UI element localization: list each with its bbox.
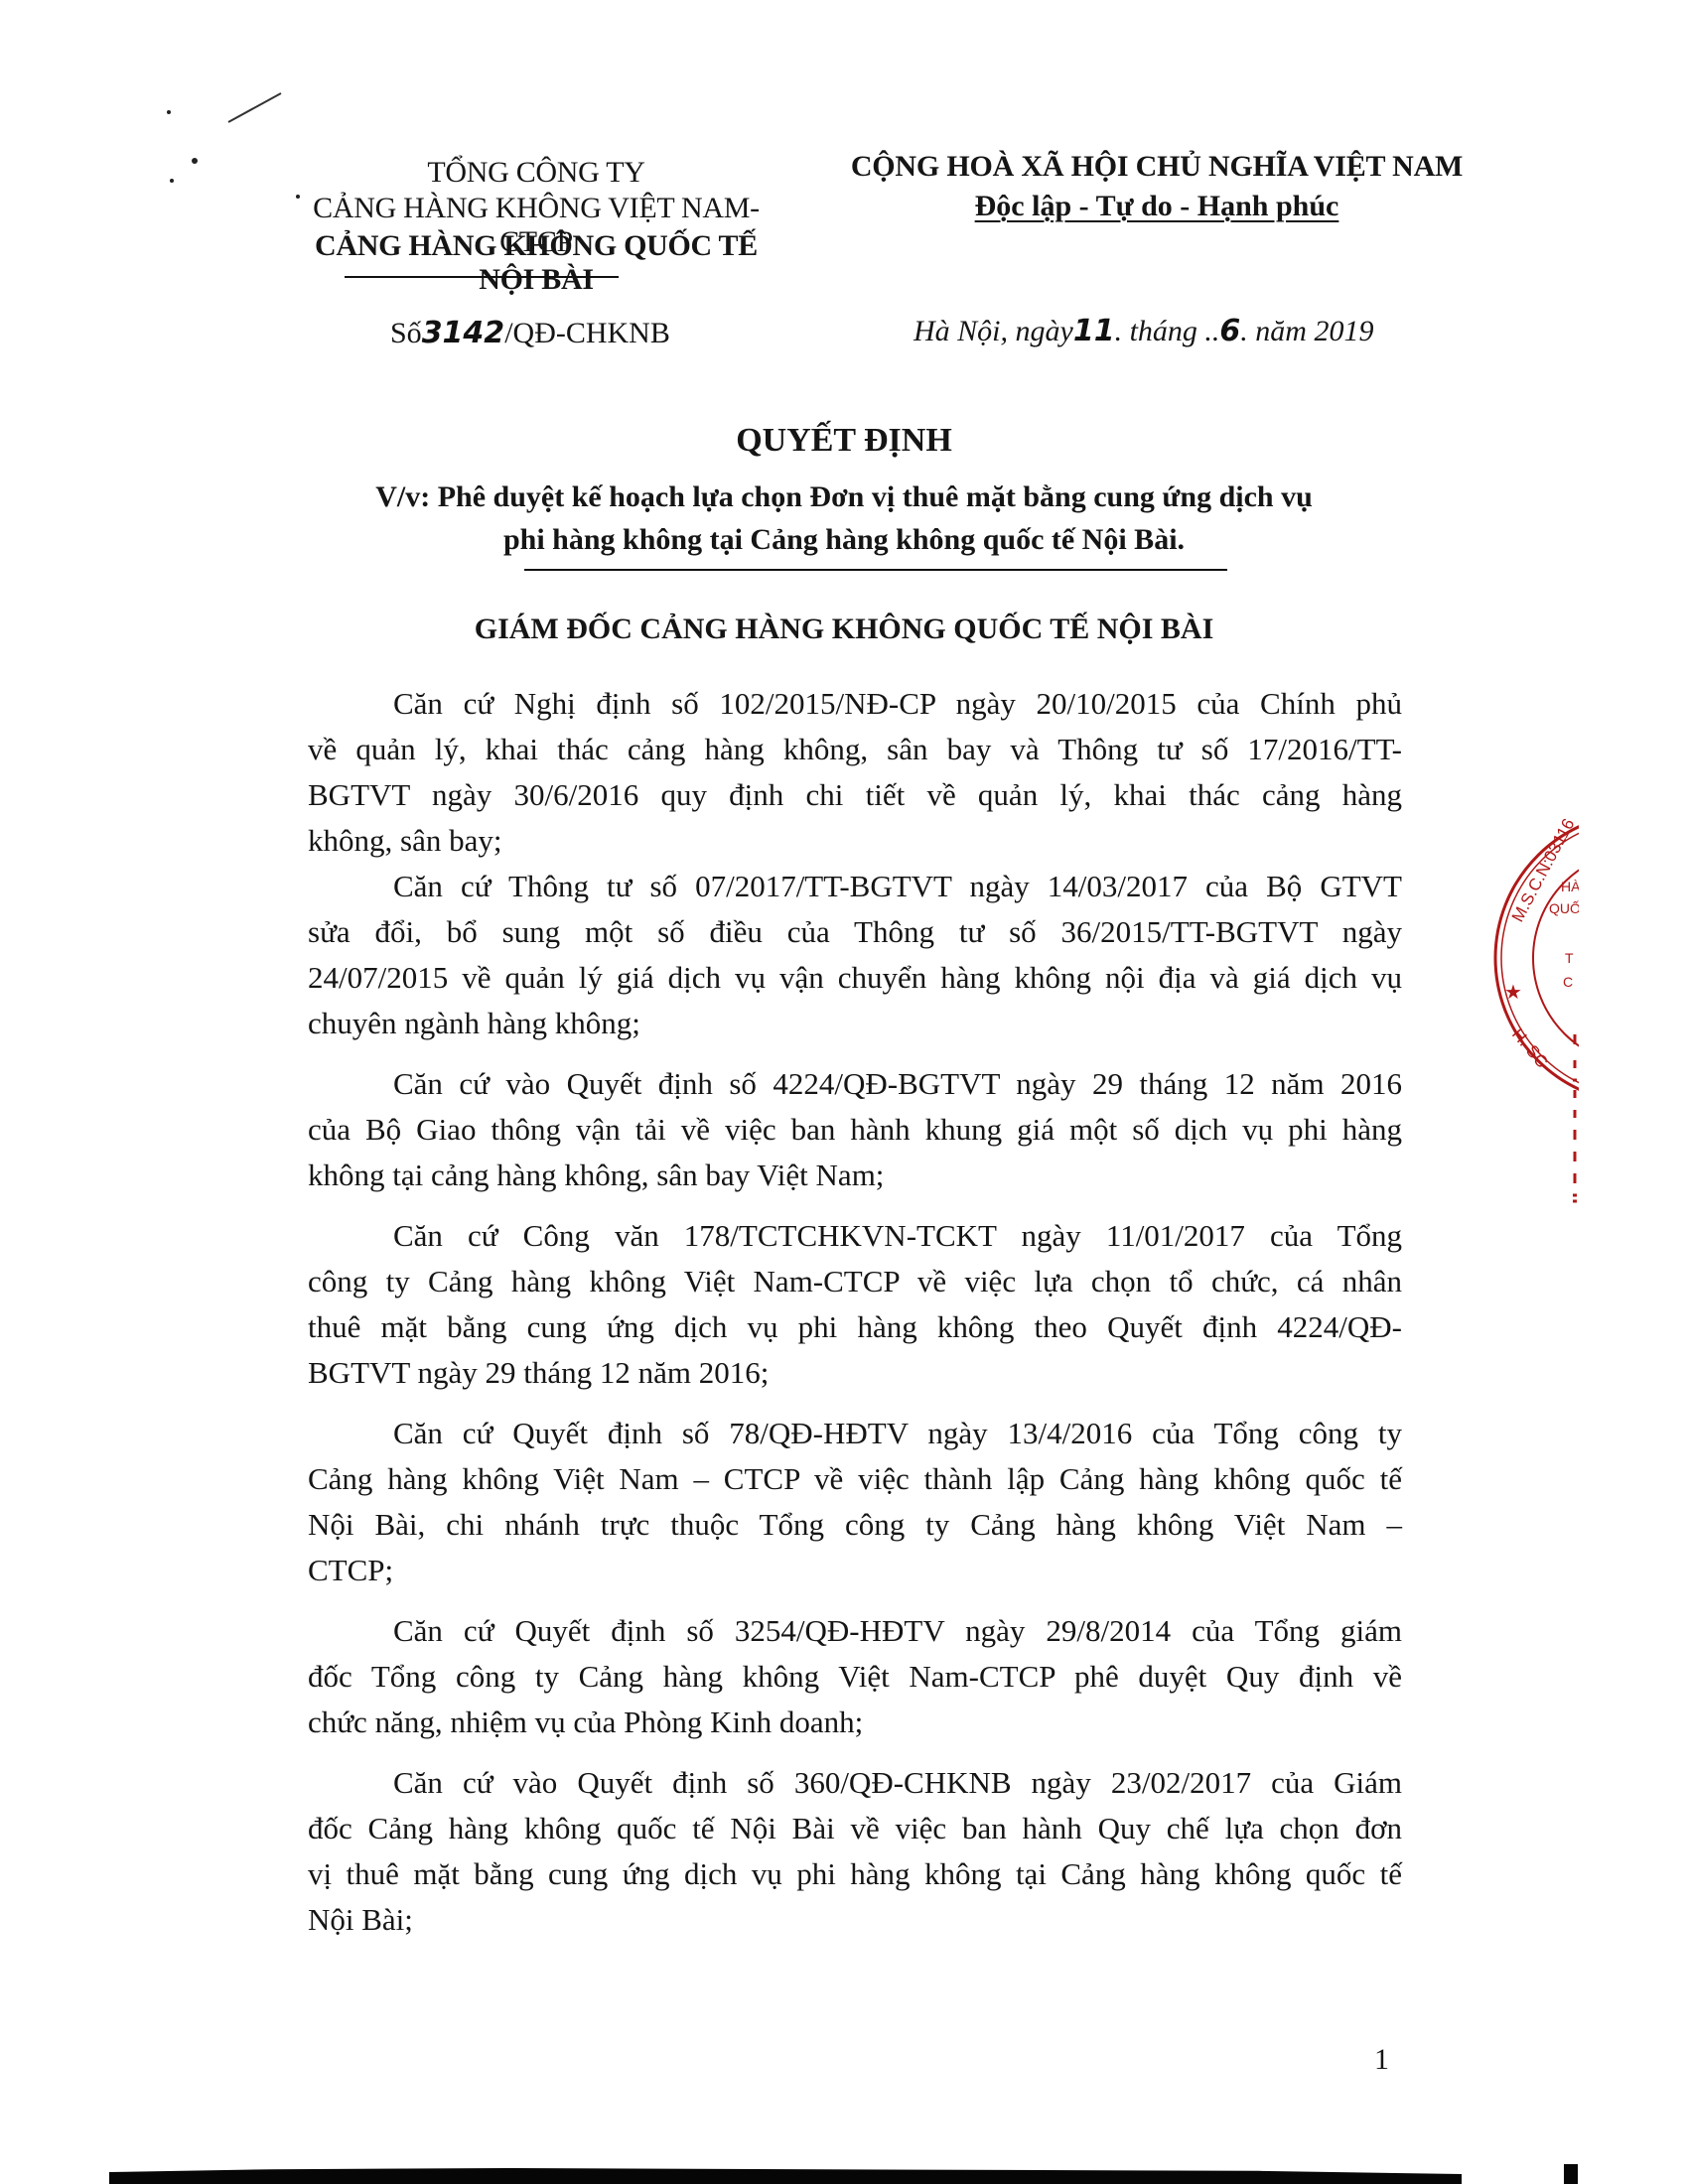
national-title-wrap: CỘNG HOÀ XÃ HỘI CHỦ NGHĨA VIỆT NAM — [834, 150, 1479, 184]
subject-underline — [524, 569, 1227, 571]
paragraph-line: Căn cứ vào Quyết định số 360/QĐ-CHKNB ng… — [308, 1760, 1402, 1806]
svg-text:C: C — [1563, 974, 1573, 990]
authority-heading: GIÁM ĐỐC CẢNG HÀNG KHÔNG QUỐC TẾ NỘI BÀI — [0, 613, 1688, 646]
scan-edge-mark — [1564, 2164, 1578, 2184]
legal-basis-paragraph: Căn cứ Công văn 178/TCTCHKVN-TCKT ngày 1… — [308, 1213, 1402, 1396]
legal-basis-paragraph: Căn cứ vào Quyết định số 360/QĐ-CHKNB ng… — [308, 1760, 1402, 1943]
paragraph-line: không tại cảng hàng không, sân bay Việt … — [308, 1153, 1402, 1198]
svg-text:H. SC: H. SC — [1508, 1024, 1552, 1071]
legal-basis-paragraph: Căn cứ Thông tư số 07/2017/TT-BGTVT ngày… — [308, 864, 1402, 1046]
paragraph-line: Căn cứ Nghị định số 102/2015/NĐ-CP ngày … — [308, 681, 1402, 727]
paragraph-line: Căn cứ Công văn 178/TCTCHKVN-TCKT ngày 1… — [308, 1213, 1402, 1259]
page-number: 1 — [1374, 2043, 1389, 2077]
legal-basis-paragraph: Căn cứ Quyết định số 3254/QĐ-HĐTV ngày 2… — [308, 1608, 1402, 1745]
doc-number-suffix: /QĐ-CHKNB — [504, 317, 670, 349]
org-underline — [345, 276, 619, 278]
document-number: Số3142/QĐ-CHKNB — [390, 316, 670, 350]
paragraph-line: đốc Tổng công ty Cảng hàng không Việt Na… — [308, 1654, 1402, 1700]
paragraph-line: CTCP; — [308, 1548, 1402, 1593]
paragraph-line: sửa đổi, bổ sung một số điều của Thông t… — [308, 909, 1402, 955]
doc-number-prefix: Số — [390, 317, 422, 349]
svg-text:QUỐ: QUỐ — [1549, 899, 1579, 916]
document-body: Căn cứ Nghị định số 102/2015/NĐ-CP ngày … — [308, 681, 1402, 1943]
paragraph-line: Nội Bài, chi nhánh trực thuộc Tổng công … — [308, 1502, 1402, 1548]
scan-edge-shadow — [109, 2168, 1462, 2184]
paragraph-line: Cảng hàng không Việt Nam – CTCP về việc … — [308, 1456, 1402, 1502]
org-parent-line1: TỔNG CÔNG TY — [298, 156, 774, 190]
paragraph-line: không, sân bay; — [308, 818, 1402, 864]
paragraph-line: BGTVT ngày 29 tháng 12 năm 2016; — [308, 1350, 1402, 1396]
org-name: CẢNG HÀNG KHÔNG QUỐC TẾ NỘI BÀI — [298, 229, 774, 297]
date-suffix: . năm 2019 — [1240, 315, 1373, 347]
paragraph-line: đốc Cảng hàng không quốc tế Nội Bài về v… — [308, 1806, 1402, 1851]
decision-heading: QUYẾT ĐỊNH — [0, 422, 1688, 460]
svg-text:HÀ: HÀ — [1561, 879, 1579, 894]
paragraph-line: Căn cứ Thông tư số 07/2017/TT-BGTVT ngày… — [308, 864, 1402, 909]
svg-text:T: T — [1565, 950, 1574, 966]
legal-basis-paragraph: Căn cứ vào Quyết định số 4224/QĐ-BGTVT n… — [308, 1061, 1402, 1198]
subject-line-2: phi hàng không tại Cảng hàng không quốc … — [0, 523, 1688, 557]
paragraph-line: công ty Cảng hàng không Việt Nam-CTCP về… — [308, 1259, 1402, 1304]
subject-line-1: V/v: Phê duyệt kế hoạch lựa chọn Đơn vị … — [0, 480, 1688, 514]
paragraph-line: của Bộ Giao thông vận tải về việc ban hà… — [308, 1107, 1402, 1153]
paragraph-line: chuyên ngành hàng không; — [308, 1001, 1402, 1046]
date-prefix: Hà Nội, ngày — [914, 315, 1073, 347]
paragraph-line: về quản lý, khai thác cảng hàng không, s… — [308, 727, 1402, 772]
paragraph-line: Căn cứ Quyết định số 3254/QĐ-HĐTV ngày 2… — [308, 1608, 1402, 1654]
svg-text:★: ★ — [1504, 982, 1522, 1004]
paragraph-line: vị thuê mặt bằng cung ứng dịch vụ phi hà… — [308, 1851, 1402, 1897]
org-name-wrap: CẢNG HÀNG KHÔNG QUỐC TẾ NỘI BÀI — [298, 229, 774, 297]
official-stamp: M.S.C.N:03116 ★ H. SC HÀ QUỐ T C — [1470, 774, 1579, 1241]
national-title: CỘNG HOÀ XÃ HỘI CHỦ NGHĨA VIỆT NAM — [834, 150, 1479, 184]
paragraph-line: Căn cứ vào Quyết định số 4224/QĐ-BGTVT n… — [308, 1061, 1402, 1107]
date-month-handwritten: 6 — [1219, 314, 1240, 348]
doc-number-handwritten: 3142 — [422, 316, 505, 350]
paragraph-line: BGTVT ngày 30/6/2016 quy định chi tiết v… — [308, 772, 1402, 818]
paragraph-line: thuê mặt bằng cung ứng dịch vụ phi hàng … — [308, 1304, 1402, 1350]
national-motto-wrap: Độc lập - Tự do - Hạnh phúc — [834, 190, 1479, 223]
paragraph-line: Nội Bài; — [308, 1897, 1402, 1943]
national-motto: Độc lập - Tự do - Hạnh phúc — [975, 190, 1339, 222]
legal-basis-paragraph: Căn cứ Quyết định số 78/QĐ-HĐTV ngày 13/… — [308, 1411, 1402, 1593]
date-line: Hà Nội, ngày11. tháng ..6. năm 2019 — [914, 314, 1373, 348]
paragraph-line: chức năng, nhiệm vụ của Phòng Kinh doanh… — [308, 1700, 1402, 1745]
date-middle: . tháng .. — [1115, 315, 1220, 347]
legal-basis-paragraph: Căn cứ Nghị định số 102/2015/NĐ-CP ngày … — [308, 681, 1402, 864]
paragraph-line: Căn cứ Quyết định số 78/QĐ-HĐTV ngày 13/… — [308, 1411, 1402, 1456]
paragraph-line: 24/07/2015 về quản lý giá dịch vụ vận ch… — [308, 955, 1402, 1001]
issuing-organization: TỔNG CÔNG TY — [298, 156, 774, 190]
date-day-handwritten: 11 — [1073, 314, 1115, 348]
